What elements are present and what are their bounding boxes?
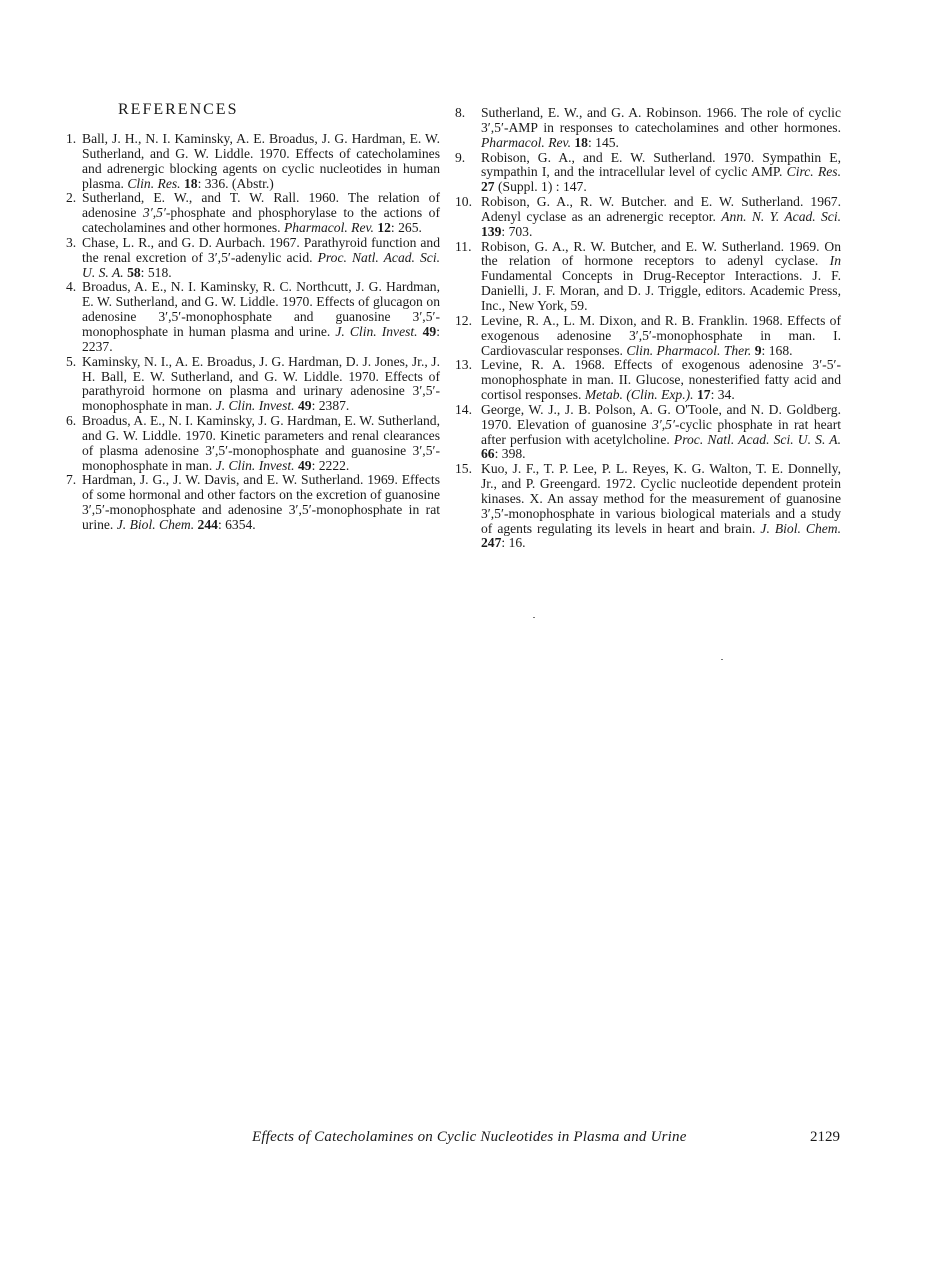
reference-item: 10.Robison, G. A., R. W. Butcher. and E.…: [455, 195, 841, 240]
reference-text: : 145.: [588, 135, 619, 150]
reference-item: 9.Robison, G. A., and E. W. Sutherland. …: [455, 151, 841, 196]
reference-text: : 34.: [711, 387, 735, 402]
journal-page: REFERENCES 1.Ball, J. H., N. I. Kaminsky…: [0, 0, 936, 1261]
reference-item: 15.Kuo, J. F., T. P. Lee, P. L. Reyes, K…: [455, 462, 841, 551]
reference-text: : 265.: [391, 220, 422, 235]
reference-item: 6.Broadus, A. E., N. I. Kaminsky, J. G. …: [66, 414, 440, 473]
reference-volume: 49: [423, 324, 437, 339]
reference-volume: 27: [481, 179, 495, 194]
reference-number: 7.: [66, 473, 80, 488]
reference-italic-text: J. Clin. Invest.: [216, 458, 295, 473]
reference-item: 4.Broadus, A. E., N. I. Kaminsky, R. C. …: [66, 280, 440, 354]
reference-number: 10.: [455, 195, 476, 210]
references-column-left: 1.Ball, J. H., N. I. Kaminsky, A. E. Bro…: [66, 132, 440, 533]
reference-number: 2.: [66, 191, 80, 206]
reference-item: 14.George, W. J., J. B. Polson, A. G. O'…: [455, 403, 841, 462]
reference-italic-text: Proc. Natl. Acad. Sci. U. S. A.: [674, 432, 841, 447]
reference-italic-text: Clin. Res.: [127, 176, 180, 191]
references-column-right: 8.Sutherland, E. W., and G. A. Robinson.…: [455, 106, 841, 551]
reference-volume: 49: [298, 458, 312, 473]
reference-item: 2.Sutherland, E. W., and T. W. Rall. 196…: [66, 191, 440, 236]
reference-text: Sutherland, E. W., and G. A. Robinson. 1…: [481, 105, 841, 135]
scan-speck: [533, 617, 535, 618]
reference-italic-text: J. Biol. Chem.: [117, 517, 194, 532]
reference-number: 12.: [455, 314, 476, 329]
reference-text: Robison, G. A., R. W. Butcher, and E. W.…: [481, 239, 841, 269]
reference-italic-text: In: [830, 253, 841, 268]
reference-item: 13.Levine, R. A. 1968. Effects of exogen…: [455, 358, 841, 403]
reference-text: : 2387.: [312, 398, 350, 413]
reference-item: 5.Kaminsky, N. I., A. E. Broadus, J. G. …: [66, 355, 440, 414]
reference-text: : 16.: [501, 535, 525, 550]
reference-number: 13.: [455, 358, 476, 373]
reference-item: 7.Hardman, J. G., J. W. Davis, and E. W.…: [66, 473, 440, 532]
reference-volume: 66: [481, 446, 495, 461]
reference-italic-text: Ann. N. Y. Acad. Sci.: [721, 209, 841, 224]
reference-item: 12.Levine, R. A., L. M. Dixon, and R. B.…: [455, 314, 841, 359]
reference-text: : 518.: [141, 265, 172, 280]
page-footer: Effects of Catecholamines on Cyclic Nucl…: [252, 1129, 840, 1146]
reference-number: 5.: [66, 355, 80, 370]
running-title: Effects of Catecholamines on Cyclic Nucl…: [252, 1129, 687, 1145]
reference-item: 11.Robison, G. A., R. W. Butcher, and E.…: [455, 240, 841, 314]
reference-volume: 244: [198, 517, 218, 532]
reference-text: : 398.: [495, 446, 526, 461]
reference-volume: 49: [298, 398, 312, 413]
reference-text: : 6354.: [218, 517, 256, 532]
reference-number: 9.: [455, 151, 476, 166]
reference-number: 14.: [455, 403, 476, 418]
reference-volume: 18: [184, 176, 198, 191]
reference-volume: 18: [574, 135, 588, 150]
reference-italic-text: J. Clin. Invest.: [335, 324, 417, 339]
reference-number: 11.: [455, 240, 476, 255]
reference-number: 8.: [455, 106, 476, 121]
reference-volume: 139: [481, 224, 501, 239]
reference-italic-text: J. Biol. Chem.: [760, 521, 841, 536]
reference-volume: 58: [127, 265, 141, 280]
scan-speck: [721, 659, 723, 660]
reference-text: : 703.: [501, 224, 532, 239]
reference-volume: 247: [481, 535, 501, 550]
reference-italic-text: Clin. Pharmacol. Ther.: [626, 343, 751, 358]
reference-number: 15.: [455, 462, 476, 477]
reference-text: : 2222.: [312, 458, 350, 473]
reference-item: 1.Ball, J. H., N. I. Kaminsky, A. E. Bro…: [66, 132, 440, 191]
reference-text: : 168.: [762, 343, 793, 358]
reference-number: 4.: [66, 280, 80, 295]
reference-number: 6.: [66, 414, 80, 429]
reference-number: 3.: [66, 236, 80, 251]
references-heading: REFERENCES: [118, 101, 238, 119]
reference-italic-text: 3′,5′: [652, 417, 675, 432]
reference-text: (Suppl. 1) : 147.: [495, 179, 587, 194]
reference-italic-text: Pharmacol. Rev.: [284, 220, 374, 235]
reference-volume: 17: [697, 387, 711, 402]
reference-item: 3.Chase, L. R., and G. D. Aurbach. 1967.…: [66, 236, 440, 281]
reference-text: : 336. (Abstr.): [198, 176, 274, 191]
reference-volume: 9: [755, 343, 762, 358]
reference-italic-text: Circ. Res.: [787, 164, 841, 179]
reference-italic-text: J. Clin. Invest.: [216, 398, 295, 413]
reference-volume: 12: [377, 220, 391, 235]
reference-italic-text: Metab. (Clin. Exp.).: [585, 387, 694, 402]
reference-text: Fundamental Concepts in Drug-Receptor In…: [481, 268, 841, 313]
page-number: 2129: [810, 1129, 840, 1146]
reference-italic-text: 3′,5′: [143, 205, 166, 220]
reference-item: 8.Sutherland, E. W., and G. A. Robinson.…: [455, 106, 841, 151]
reference-number: 1.: [66, 132, 80, 147]
reference-italic-text: Pharmacol. Rev.: [481, 135, 571, 150]
